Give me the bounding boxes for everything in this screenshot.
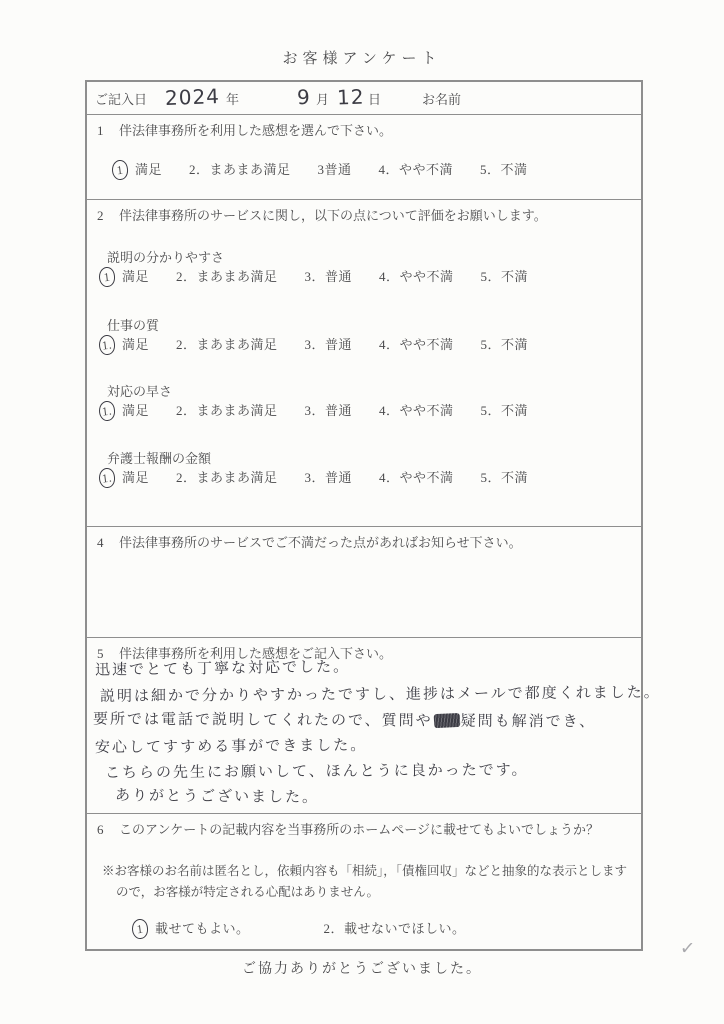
circled-answer-attorney-fee: 1. (98, 467, 116, 489)
rating-label-explanation: 説明の分かりやすさ (107, 247, 224, 266)
rating-label-attorney-fee: 弁護士報酬の金額 (107, 448, 211, 467)
question-6-anonymity-note: ※お客様のお名前は匿名とし，依頼内容も「相続」，「債権回収」などと抽象的な表示と… (102, 861, 637, 903)
question-1-line: 1伴法律事務所を利用した感想を選んで下さい。 (97, 122, 631, 140)
question-1-options: 1満足 2．まあまあ満足 3普通 4．やや不満 5．不満 (112, 159, 528, 180)
question-1-text: 伴法律事務所を利用した感想を選んで下さい。 (119, 123, 392, 138)
name-label: お名前 (422, 89, 461, 108)
month-value-handwritten: 9 (297, 85, 312, 109)
question-4-text: 伴法律事務所のサービスでご不満だった点があればお知らせ下さい。 (119, 535, 522, 550)
handwritten-line-2: 説明は細かで分かりやすかったですし、進捗はメールで都度くれました。 (100, 681, 661, 706)
checkmark-icon: ✓ (679, 937, 696, 959)
handwritten-line-1: 迅速でとても丁寧な対応でした。 (95, 655, 350, 680)
survey-form: ご記入日 2024 年 9 月 12 日 お名前 1伴法律事務所を利用した感想を… (85, 80, 643, 951)
rating-label-work-quality: 仕事の質 (107, 315, 159, 334)
question-4-line: 4伴法律事務所のサービスでご不満だった点があればお知らせ下さい。 (97, 534, 631, 552)
rating-label-response-speed: 対応の早さ (107, 381, 172, 400)
circled-answer-q1: 1 (111, 159, 129, 181)
question-6-number: 6 (97, 821, 119, 839)
question-6-line: 6このアンケートの記載内容を当事務所のホームページに載せてもよいでしょうか？ (97, 821, 602, 839)
rating-options-work-quality: 1.満足 2．まあまあ満足 3．普通 4．やや不満 5．不満 (99, 334, 528, 355)
question-1-options-text: 満足 2．まあまあ満足 3普通 4．やや不満 5．不満 (135, 162, 528, 177)
rating-options-text: 満足 2．まあまあ満足 3．普通 4．やや不満 5．不満 (122, 470, 528, 485)
page-title: お客様アンケート (0, 47, 724, 68)
rating-options-response-speed: 1.満足 2．まあまあ満足 3．普通 4．やや不満 5．不満 (99, 400, 528, 421)
month-unit: 月 (316, 89, 329, 108)
day-value-handwritten: 12 (337, 85, 365, 110)
year-value-handwritten: 2024 (165, 84, 221, 110)
question-6-option-1: 載せてもよい。 (155, 921, 250, 936)
handwritten-line-3: 要所では電話で説明してくれたので、質問や疑問も解消でき、 (93, 708, 596, 732)
question-4-number: 4 (97, 534, 119, 552)
scanned-survey-page: お客様アンケート ご記入日 2024 年 9 月 12 日 お名前 1伴法律事務… (0, 0, 724, 1024)
header-row: ご記入日 2024 年 9 月 12 日 お名前 (87, 82, 641, 114)
question-1-section: 1伴法律事務所を利用した感想を選んで下さい。 1満足 2．まあまあ満足 3普通 … (87, 114, 641, 199)
question-6-section: 6このアンケートの記載内容を当事務所のホームページに載せてもよいでしょうか？ ※… (87, 813, 641, 949)
circled-answer-q6: 1 (131, 918, 149, 940)
circled-answer-work-quality: 1. (98, 334, 116, 356)
handwritten-line-5: こちらの先生にお願いして、ほんとうに良かったです。 (105, 759, 529, 783)
question-1-number: 1 (97, 122, 119, 140)
date-label: ご記入日 (95, 89, 147, 108)
rating-options-text: 満足 2．まあまあ満足 3．普通 4．やや不満 5．不満 (122, 337, 528, 352)
question-6-text: このアンケートの記載内容を当事務所のホームページに載せてもよいでしょうか？ (119, 822, 599, 837)
question-6-option-2: 2．載せないでほしい。 (324, 921, 466, 936)
rating-options-explanation: 1満足 2．まあまあ満足 3．普通 4．やや不満 5．不満 (99, 266, 528, 287)
rating-options-attorney-fee: 1.満足 2．まあまあ満足 3．普通 4．やや不満 5．不満 (99, 467, 528, 488)
year-unit: 年 (226, 89, 239, 108)
day-unit: 日 (368, 89, 381, 108)
circled-answer-explanation: 1 (98, 266, 116, 288)
handwritten-line-3-post: 疑問も解消でき、 (461, 712, 596, 731)
handwritten-line-6: ありがとうございました。 (115, 784, 319, 807)
question-2-section: 2伴法律事務所のサービスに関し，以下の点について評価をお願いします。 説明の分か… (87, 199, 641, 526)
question-2-number: 2 (97, 207, 119, 225)
question-5-section: 5伴法律事務所を利用した感想をご記入下さい。 迅速でとても丁寧な対応でした。 説… (87, 637, 641, 813)
question-4-section: 4伴法律事務所のサービスでご不満だった点があればお知らせ下さい。 (87, 526, 641, 637)
rating-options-text: 満足 2．まあまあ満足 3．普通 4．やや不満 5．不満 (122, 269, 528, 284)
scribbled-out-text (433, 713, 460, 728)
handwritten-line-4: 安心してすすめる事ができました。 (95, 734, 367, 757)
footer-thanks-text: ご協力ありがとうございました。 (0, 958, 724, 978)
rating-options-text: 満足 2．まあまあ満足 3．普通 4．やや不満 5．不満 (122, 403, 528, 418)
question-6-options: 1載せてもよい。2．載せないでほしい。 (132, 918, 466, 939)
question-2-line: 2伴法律事務所のサービスに関し，以下の点について評価をお願いします。 (97, 207, 631, 225)
circled-answer-response-speed: 1. (98, 400, 116, 422)
handwritten-line-3-pre: 要所では電話で説明してくれたので、質問や (93, 710, 433, 730)
question-2-text: 伴法律事務所のサービスに関し，以下の点について評価をお願いします。 (119, 208, 547, 223)
